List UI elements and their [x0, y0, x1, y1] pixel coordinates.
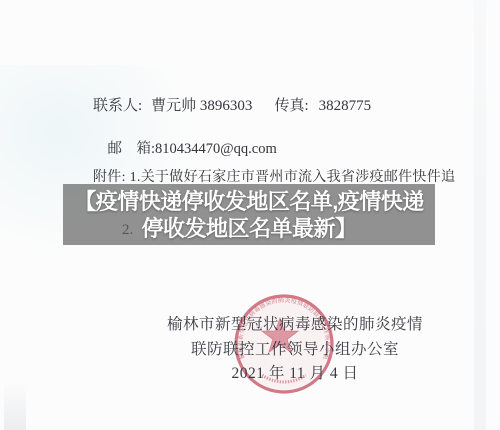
- contact-line: 联系人:曹元帅 3896303传真:3828775: [93, 94, 371, 115]
- signature-org-line1: 榆林市新型冠状病毒感染的肺炎疫情: [90, 313, 500, 338]
- fax-number: 3828775: [319, 98, 372, 114]
- caption-line-2: 停收发地区名单最新】: [141, 215, 356, 242]
- email-address: 810434470@qq.com: [155, 141, 277, 157]
- email-label: 邮 箱:: [108, 141, 156, 157]
- fax-label: 传真:: [274, 98, 308, 114]
- contact-name-phone: 曹元帅 3896303: [151, 98, 252, 114]
- attachment-line-1: 附件: 1.关于做好石家庄市晋州市流入我省涉疫邮件快件追: [93, 166, 455, 186]
- caption-overlay: 【疫情快递停收发地区名单,疫情快递 停收发地区名单最新】: [63, 184, 435, 245]
- scan-artifact: [4, 382, 26, 430]
- contact-label: 联系人:: [93, 98, 142, 114]
- signature-date: 2021 年 11 月 4 日: [90, 362, 500, 387]
- signature-block: 榆林市新型冠状病毒感染的肺炎疫情 联防联控工作领导小组办公室 2021 年 11…: [90, 313, 500, 387]
- caption-line-1: 【疫情快递停收发地区名单,疫情快递: [74, 188, 424, 215]
- scanned-document-page: 联系人:曹元帅 3896303传真:3828775 邮 箱:810434470@…: [0, 0, 500, 430]
- signature-org-line2: 联防联控工作领导小组办公室: [90, 338, 500, 363]
